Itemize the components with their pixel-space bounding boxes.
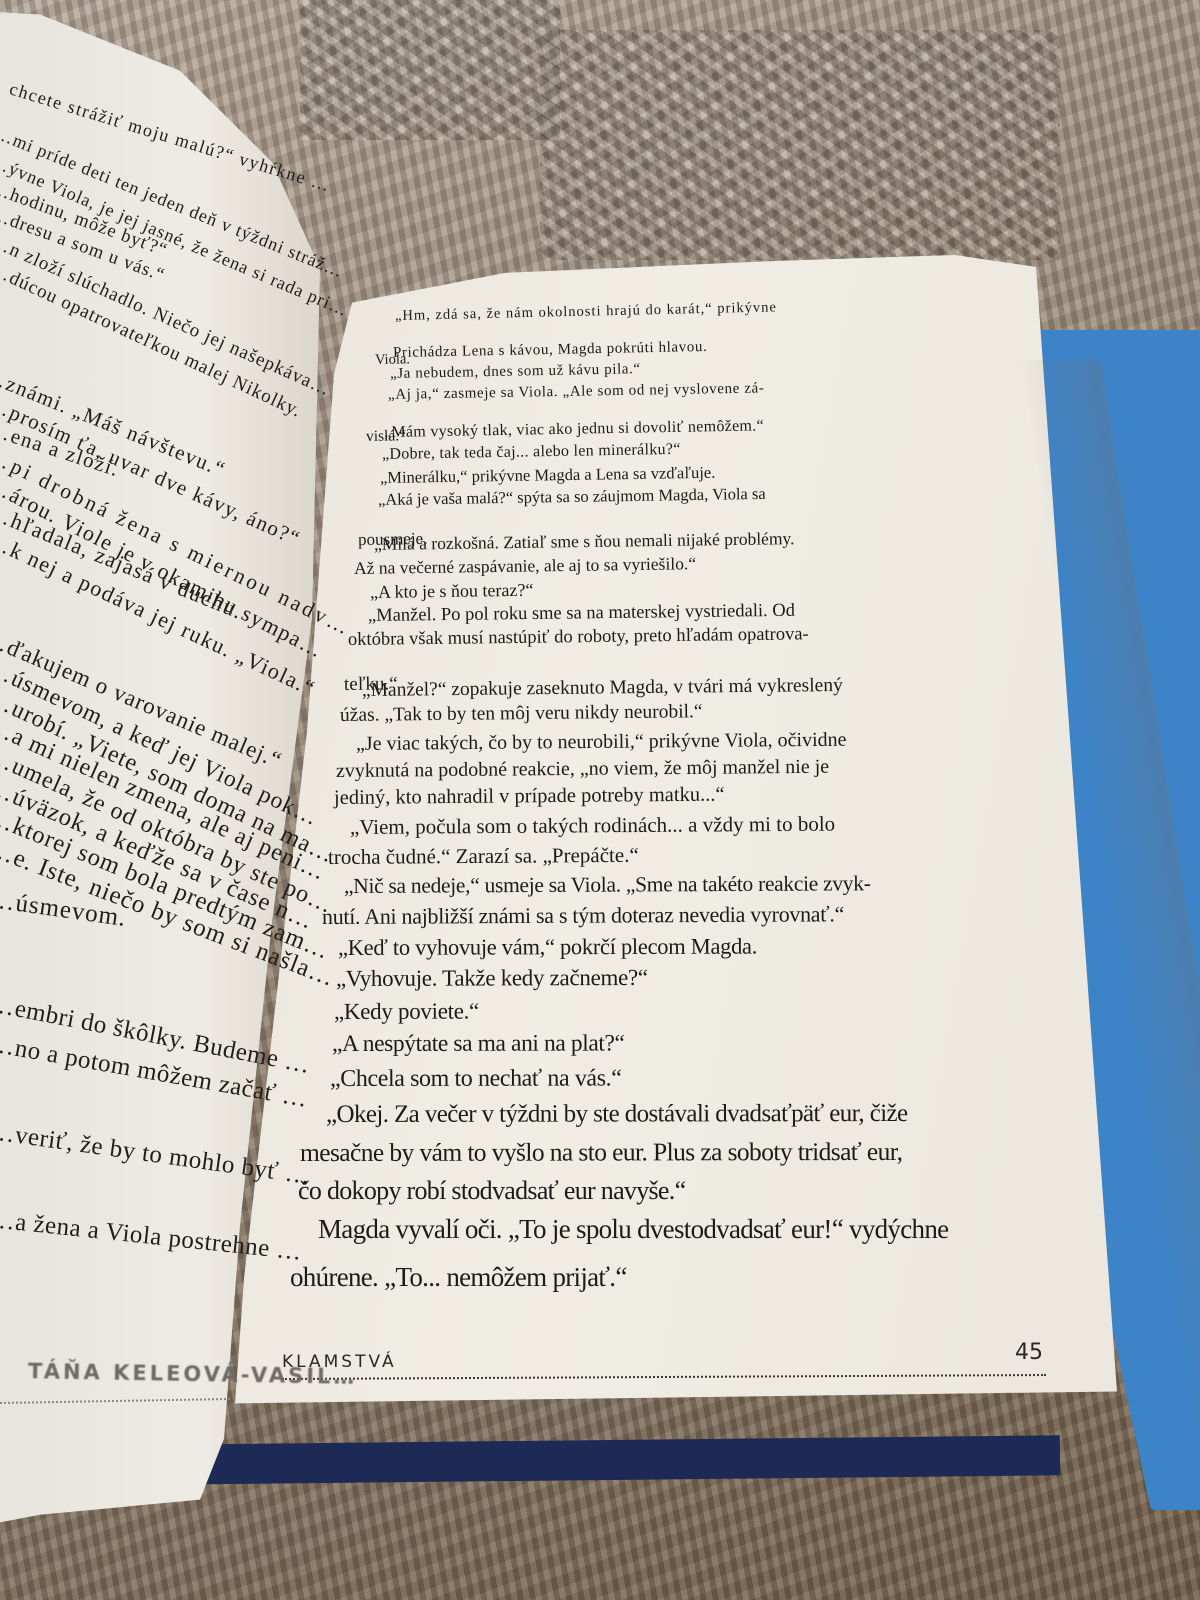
text-line: čo dokopy robí stodvadsať eur navyše.“ [298,1176,685,1206]
text-line: „A kto je s ňou teraz?“ [370,580,534,603]
text-line: „Okej. Za večer v týždni by ste dostával… [326,1100,908,1129]
text-line: „Je viac takých, čo by to neurobili,“ pr… [356,729,847,756]
text-line: zvyknutá na podobné reakcie, „no viem, ž… [336,756,829,783]
text-line: „A nespýtate sa ma ani na plat?“ [332,1030,625,1058]
text-line: „Vyhovuje. Takže kedy začneme?“ [336,965,648,992]
text-line: „Kedy poviete.“ [334,998,479,1025]
text-line: úžas. „Tak to by ten môj veru nikdy neur… [340,701,703,727]
text-line: „Viem, počula som o takých rodinách... a… [350,812,835,840]
blanket-lattice-panel [540,30,1060,260]
blanket-lattice-panel [300,0,560,140]
text-line: „Nič sa nedeje,“ usmeje sa Viola. „Sme n… [344,871,871,899]
text-line: trocha čudné.“ Zarazí sa. „Prepáčte.“ [328,843,639,870]
text-line: jediný, kto nahradil v prípade potreby m… [334,784,725,810]
text-line: mesačne by vám to vyšlo na sto eur. Plus… [300,1137,902,1168]
text-line: Magda vyvalí oči. „To je spolu dvestodva… [318,1214,948,1245]
page-number: 45 [1015,1340,1043,1365]
text-line: ohúrene. „To... nemôžem prijať.“ [290,1262,627,1293]
text-line: „Keď to vyhovuje vám,“ pokrčí plecom Mag… [338,934,757,961]
text-line: nutí. Ani najbližší známi sa s tým doter… [322,901,844,930]
text-line: „Chcela som to nechať na vás.“ [330,1065,622,1093]
